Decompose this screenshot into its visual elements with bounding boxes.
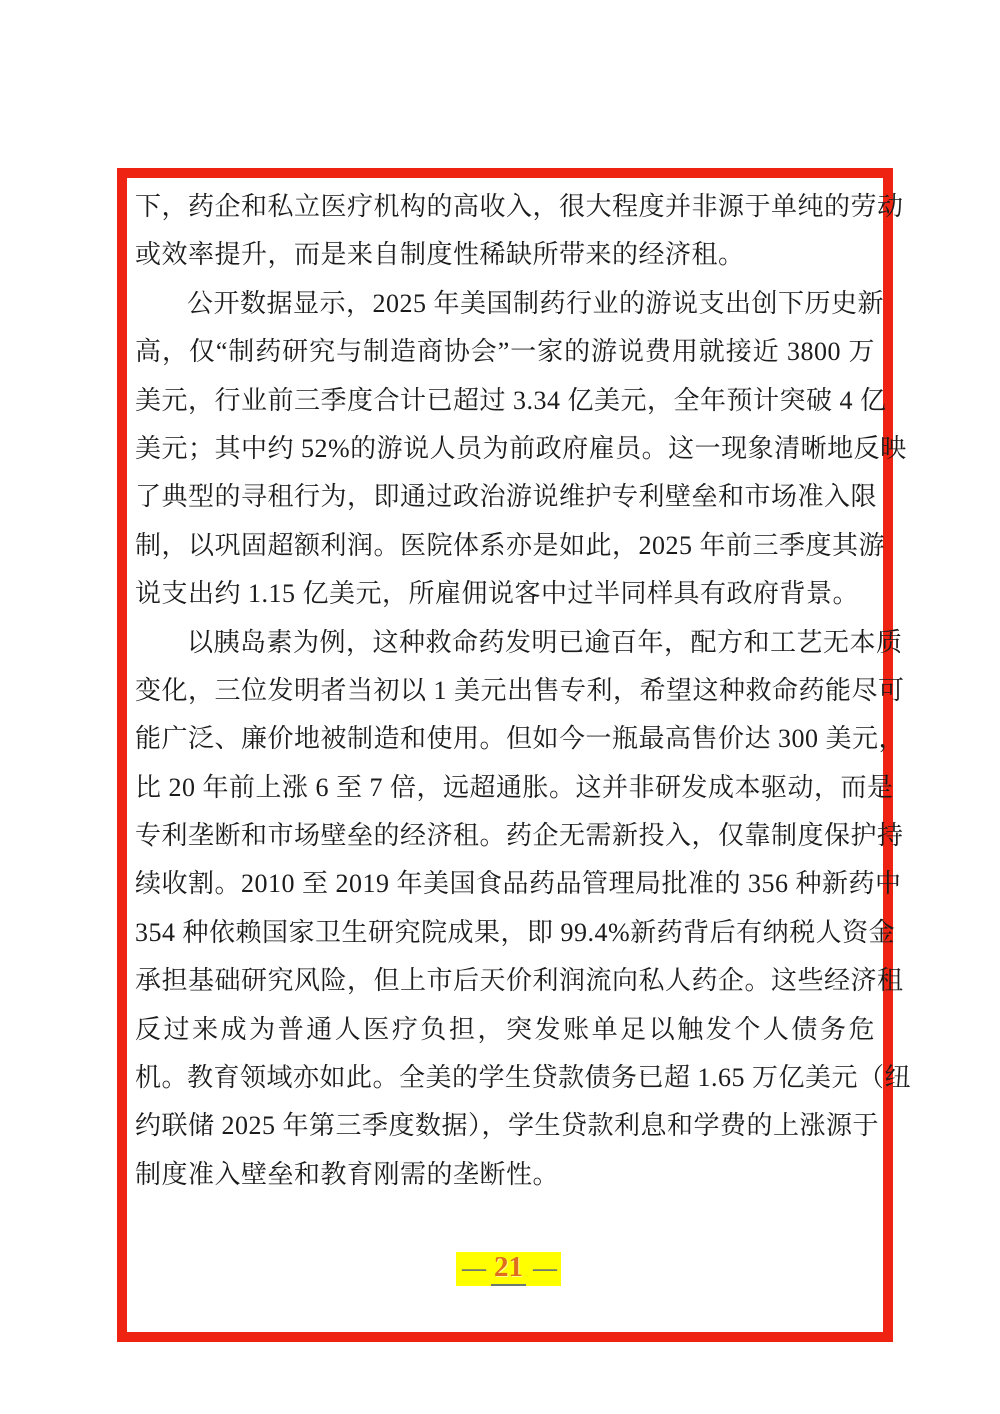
document-page: 下，药企和私立医疗机构的高收入，很大程度并非源于单纯的劳动 或效率提升，而是来自… bbox=[0, 0, 1000, 1414]
text-line: 制，以巩固超额利润。医院体系亦是如此，2025 年前三季度其游 bbox=[135, 522, 875, 570]
paragraph: 教育领域亦如此。全美的学生贷款债务已超 1.65 万亿美元（纽 约联储 2025… bbox=[135, 1054, 875, 1199]
page-number-dash-right: — bbox=[533, 1257, 555, 1281]
text-line: 说支出约 1.15 亿美元，所雇佣说客中过半同样具有政府背景。 bbox=[135, 570, 875, 618]
text-line: 或效率提升，而是来自制度性稀缺所带来的经济租。 bbox=[135, 231, 875, 279]
text-block: 下，药企和私立医疗机构的高收入，很大程度并非源于单纯的劳动 或效率提升，而是来自… bbox=[135, 183, 875, 1199]
text-line: 354 种依赖国家卫生研究院成果，即 99.4%新药背后有纳税人资金 bbox=[135, 909, 875, 957]
text-line: 变化，三位发明者当初以 1 美元出售专利，希望这种救命药能尽可 bbox=[135, 667, 875, 715]
text-line: 以胰岛素为例，这种救命药发明已逾百年，配方和工艺无本质 bbox=[135, 619, 875, 667]
text-line: 公开数据显示，2025 年美国制药行业的游说支出创下历史新 bbox=[135, 280, 875, 328]
text-line: 高，仅“制药研究与制造商协会”一家的游说费用就接近 3800 万 bbox=[135, 328, 875, 376]
text-line: 能广泛、廉价地被制造和使用。但如今一瓶最高售价达 300 美元， bbox=[135, 715, 875, 763]
paragraph: 下，药企和私立医疗机构的高收入，很大程度并非源于单纯的劳动 或效率提升，而是来自… bbox=[135, 183, 875, 280]
text-line: 比 20 年前上涨 6 至 7 倍，远超通胀。这并非研发成本驱动，而是 bbox=[135, 764, 875, 812]
text-line: 承担基础研究风险，但上市后天价利润流向私人药企。这些经济租 bbox=[135, 957, 875, 1005]
page-number-value: 21 bbox=[491, 1253, 526, 1286]
text-line: 专利垄断和市场壁垒的经济租。药企无需新投入，仅靠制度保护持 bbox=[135, 812, 875, 860]
text-line: 续收割。2010 至 2019 年美国食品药品管理局批准的 356 种新药中 bbox=[135, 860, 875, 908]
text-line: 制度准入壁垒和教育刚需的垄断性。 bbox=[135, 1151, 875, 1199]
text-line: 约联储 2025 年第三季度数据），学生贷款利息和学费的上涨源于 bbox=[135, 1102, 875, 1150]
text-line: 美元，行业前三季度合计已超过 3.34 亿美元，全年预计突破 4 亿 bbox=[135, 377, 875, 425]
text-line: 教育领域亦如此。全美的学生贷款债务已超 1.65 万亿美元（纽 bbox=[135, 1054, 875, 1102]
text-line: 了典型的寻租行为，即通过政治游说维护专利壁垒和市场准入限 bbox=[135, 473, 875, 521]
page-number-dash-left: — bbox=[462, 1257, 484, 1281]
paragraph: 公开数据显示，2025 年美国制药行业的游说支出创下历史新 高，仅“制药研究与制… bbox=[135, 280, 875, 619]
page-number-highlight: — 21 — bbox=[456, 1252, 561, 1286]
text-line: 美元；其中约 52%的游说人员为前政府雇员。这一现象清晰地反映 bbox=[135, 425, 875, 473]
paragraph: 以胰岛素为例，这种救命药发明已逾百年，配方和工艺无本质 变化，三位发明者当初以 … bbox=[135, 619, 875, 1055]
text-line: 反过来成为普通人医疗负担，突发账单足以触发个人债务危机。 bbox=[135, 1006, 875, 1054]
text-line: 下，药企和私立医疗机构的高收入，很大程度并非源于单纯的劳动 bbox=[135, 183, 875, 231]
